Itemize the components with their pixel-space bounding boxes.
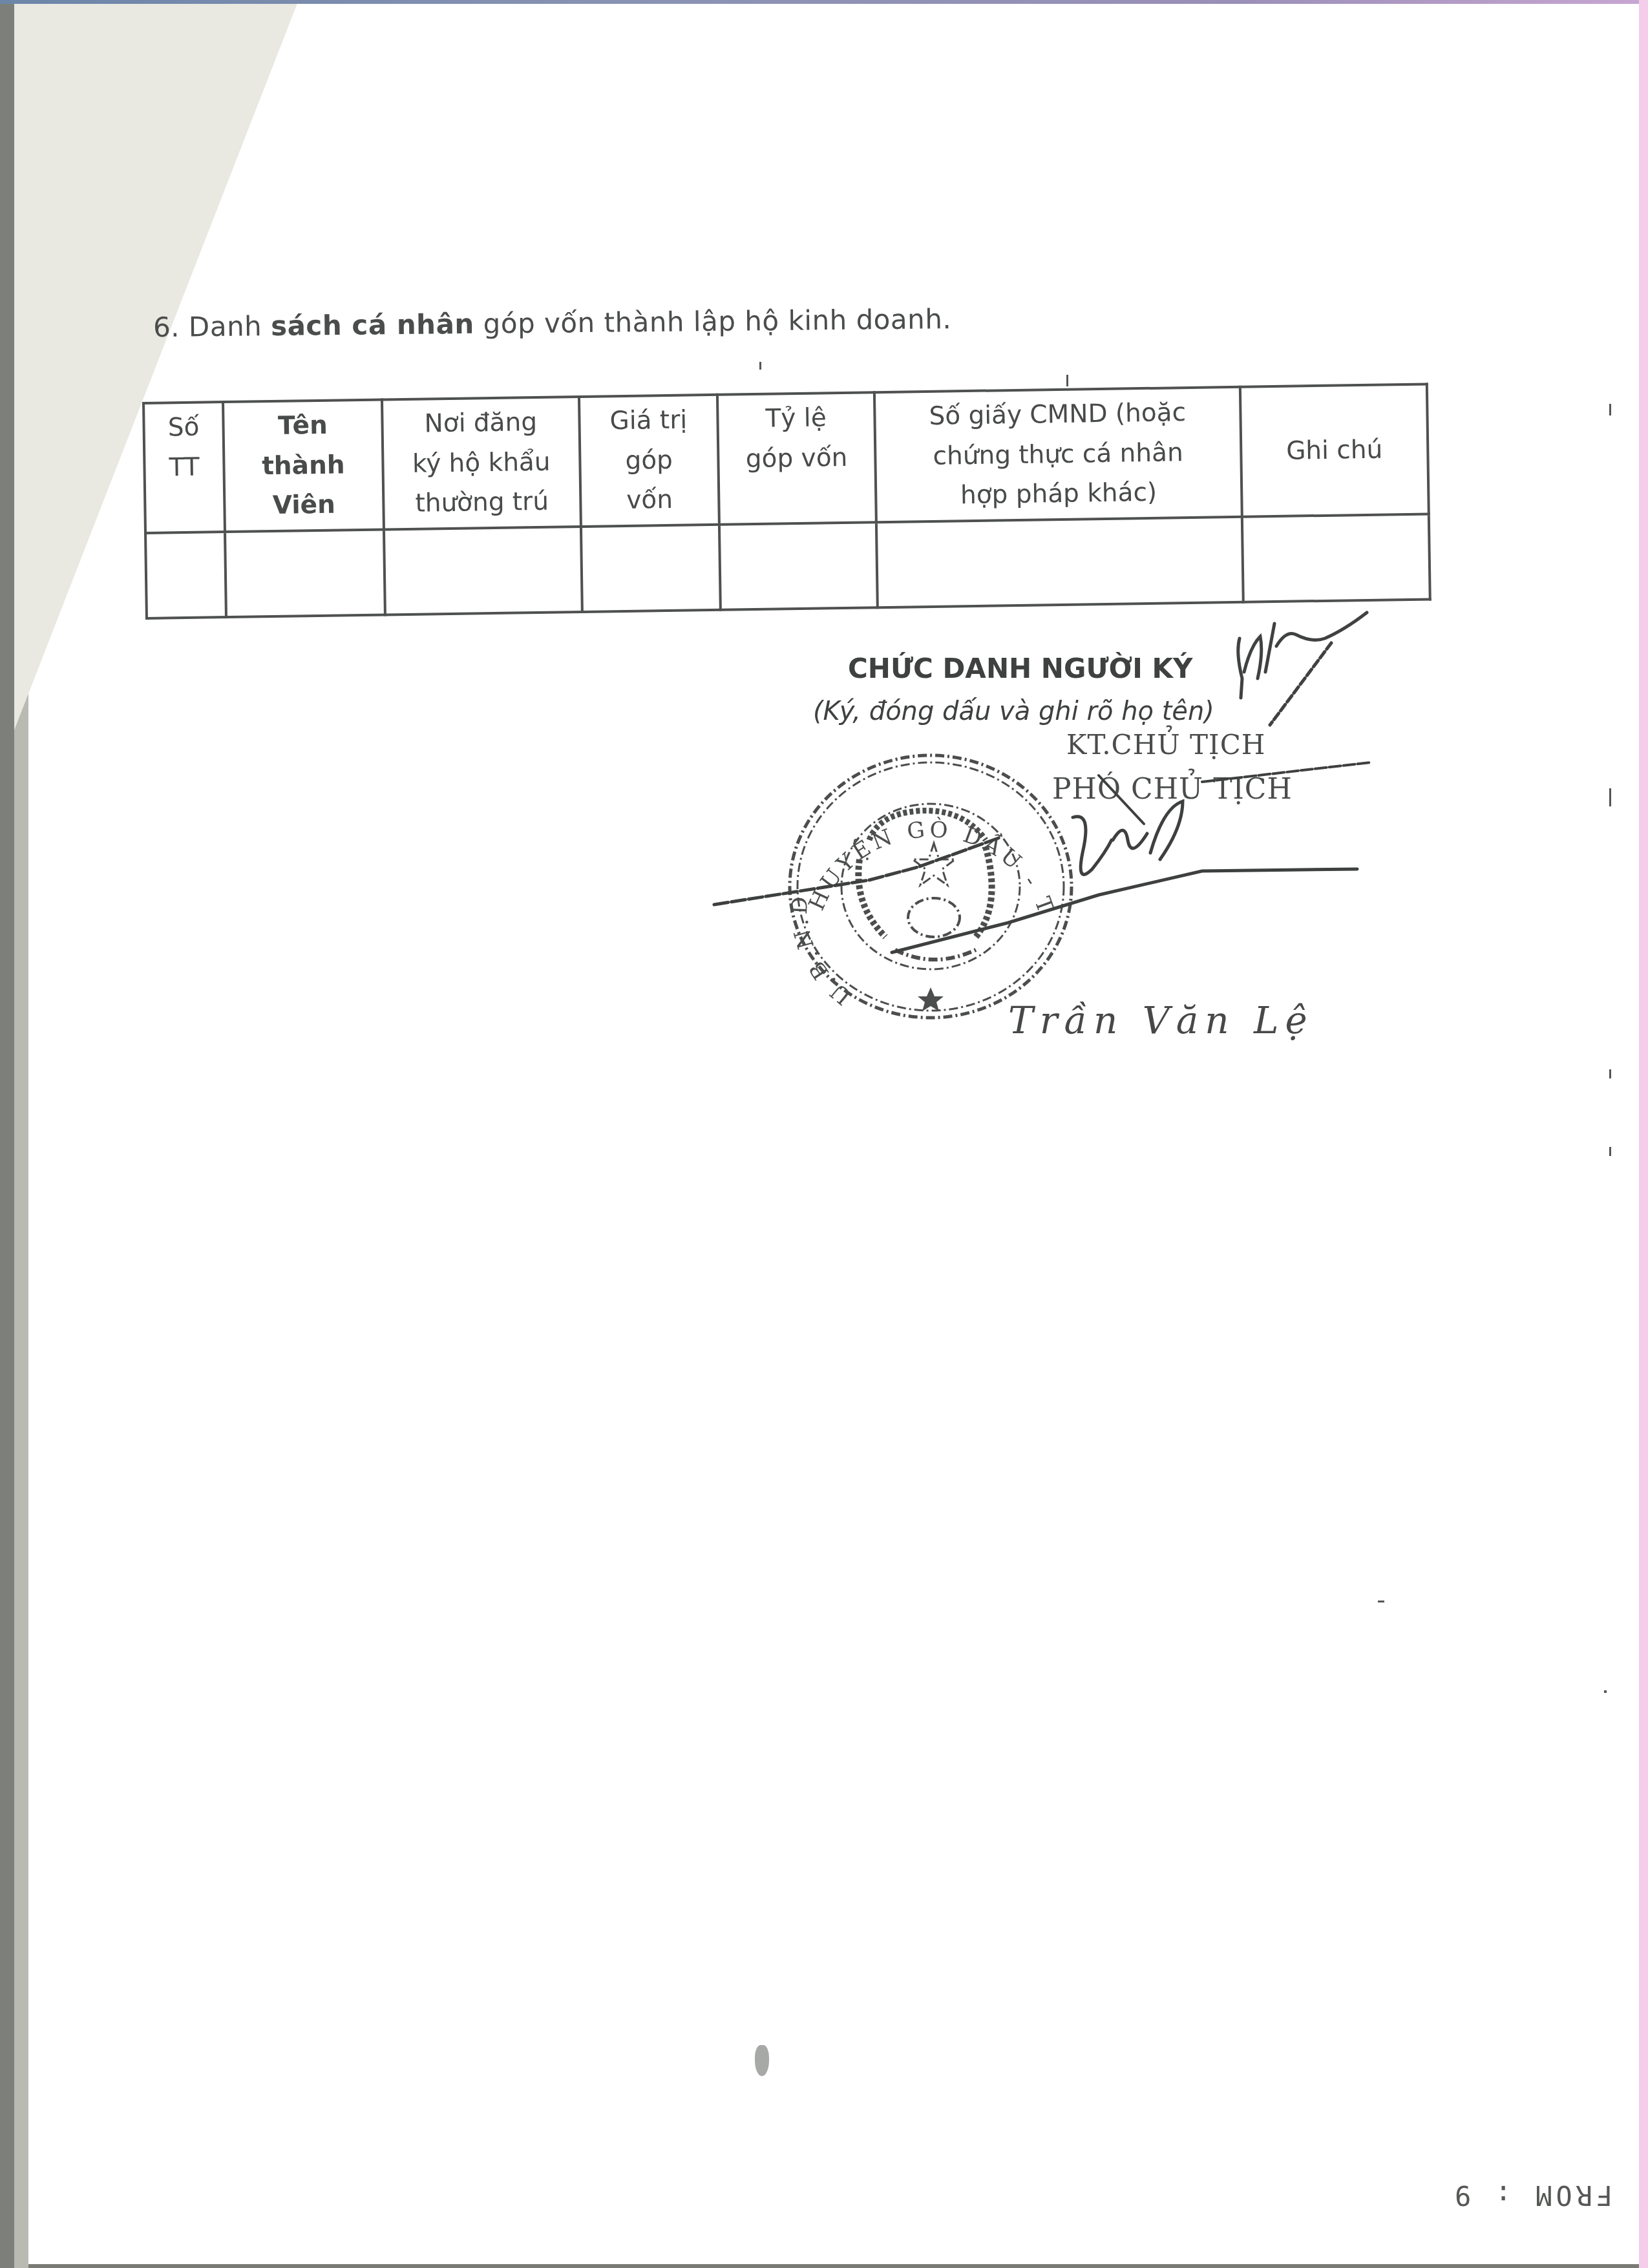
header-line: thường trú <box>415 487 549 518</box>
table-column-header: TênthànhViên <box>223 400 383 532</box>
table-column-header: Giá trịgópvốn <box>579 395 719 527</box>
header-line: Nơi đăng <box>424 408 537 439</box>
signer-name: Trần Văn Lệ <box>1008 998 1314 1042</box>
table-column-header: Tỷ lệgóp vốn <box>717 392 876 524</box>
scan-top-edge <box>0 0 1648 4</box>
table-cell <box>1242 514 1430 602</box>
table-column-header: SốTT <box>143 402 225 533</box>
official-seal <box>790 755 1072 1018</box>
initial-signature-icon <box>1238 613 1367 725</box>
heading-number: 6. <box>153 311 180 343</box>
header-line: góp <box>625 445 673 475</box>
table-cell <box>225 529 385 617</box>
signer-title-label: CHỨC DANH NGƯỜI KÝ <box>848 653 1192 684</box>
header-line: Tên <box>278 411 328 441</box>
table-cell <box>719 522 878 610</box>
members-table: SốTTTênthànhViênNơi đăngký hộ khẩuthường… <box>142 383 1431 619</box>
seal-text-left: U.B.N.D <box>787 892 856 1010</box>
header-line: thành <box>262 450 345 481</box>
on-behalf-label: KT.CHỦ TỊCH <box>1066 729 1265 761</box>
scan-bottom-edge <box>28 2264 1639 2268</box>
signer-position: PHÓ CHỦ TỊCH <box>1052 773 1293 806</box>
header-line: chứng thực cá nhân <box>933 438 1183 471</box>
table-cell <box>581 525 721 612</box>
table-cell <box>384 527 582 615</box>
table-cell <box>876 517 1243 607</box>
header-line: Viên <box>272 490 335 520</box>
header-line: Giá trị <box>609 405 687 436</box>
heading-text-bold: sách cá nhân <box>271 308 474 342</box>
heading-text-a: Danh <box>189 310 262 342</box>
header-line: hợp pháp khác) <box>960 478 1157 510</box>
signature-instruction: (Ký, đóng dấu và ghi rõ họ tên) <box>813 697 1214 726</box>
ink-smudge <box>755 2045 769 2076</box>
header-line: Ghi chú <box>1286 435 1383 465</box>
table-column-header: Nơi đăngký hộ khẩuthường trú <box>382 397 581 529</box>
table-cell <box>145 532 226 618</box>
header-line: vốn <box>626 485 673 515</box>
table-header-row: SốTTTênthànhViênNơi đăngký hộ khẩuthường… <box>143 384 1429 533</box>
heading-text-b: góp vốn thành lập hộ kinh doanh. <box>483 303 951 340</box>
header-line: ký hộ khẩu <box>412 447 551 478</box>
header-line: Số <box>167 413 199 443</box>
header-line: góp vốn <box>746 443 848 473</box>
fax-header: FROM : 9 <box>1451 2179 1612 2211</box>
members-table-wrapper: SốTTTênthànhViênNơi đăngký hộ khẩuthường… <box>142 383 1431 619</box>
table-row <box>145 514 1430 618</box>
table-body <box>145 514 1430 618</box>
seal-emblem-icon <box>858 811 991 960</box>
header-line: Số giấy CMND (hoặc <box>929 398 1186 431</box>
scan-border-dark <box>0 0 14 2268</box>
table-column-header: Ghi chú <box>1240 384 1429 517</box>
scan-edge-pink <box>1639 0 1648 2268</box>
header-line: TT <box>169 452 200 482</box>
folded-page-corner <box>14 0 299 730</box>
header-line: Tỷ lệ <box>765 403 827 433</box>
table-column-header: Số giấy CMND (hoặcchứng thực cá nhânhợp … <box>874 387 1242 522</box>
section-heading: 6. Danh sách cá nhân góp vốn thành lập h… <box>153 303 952 343</box>
